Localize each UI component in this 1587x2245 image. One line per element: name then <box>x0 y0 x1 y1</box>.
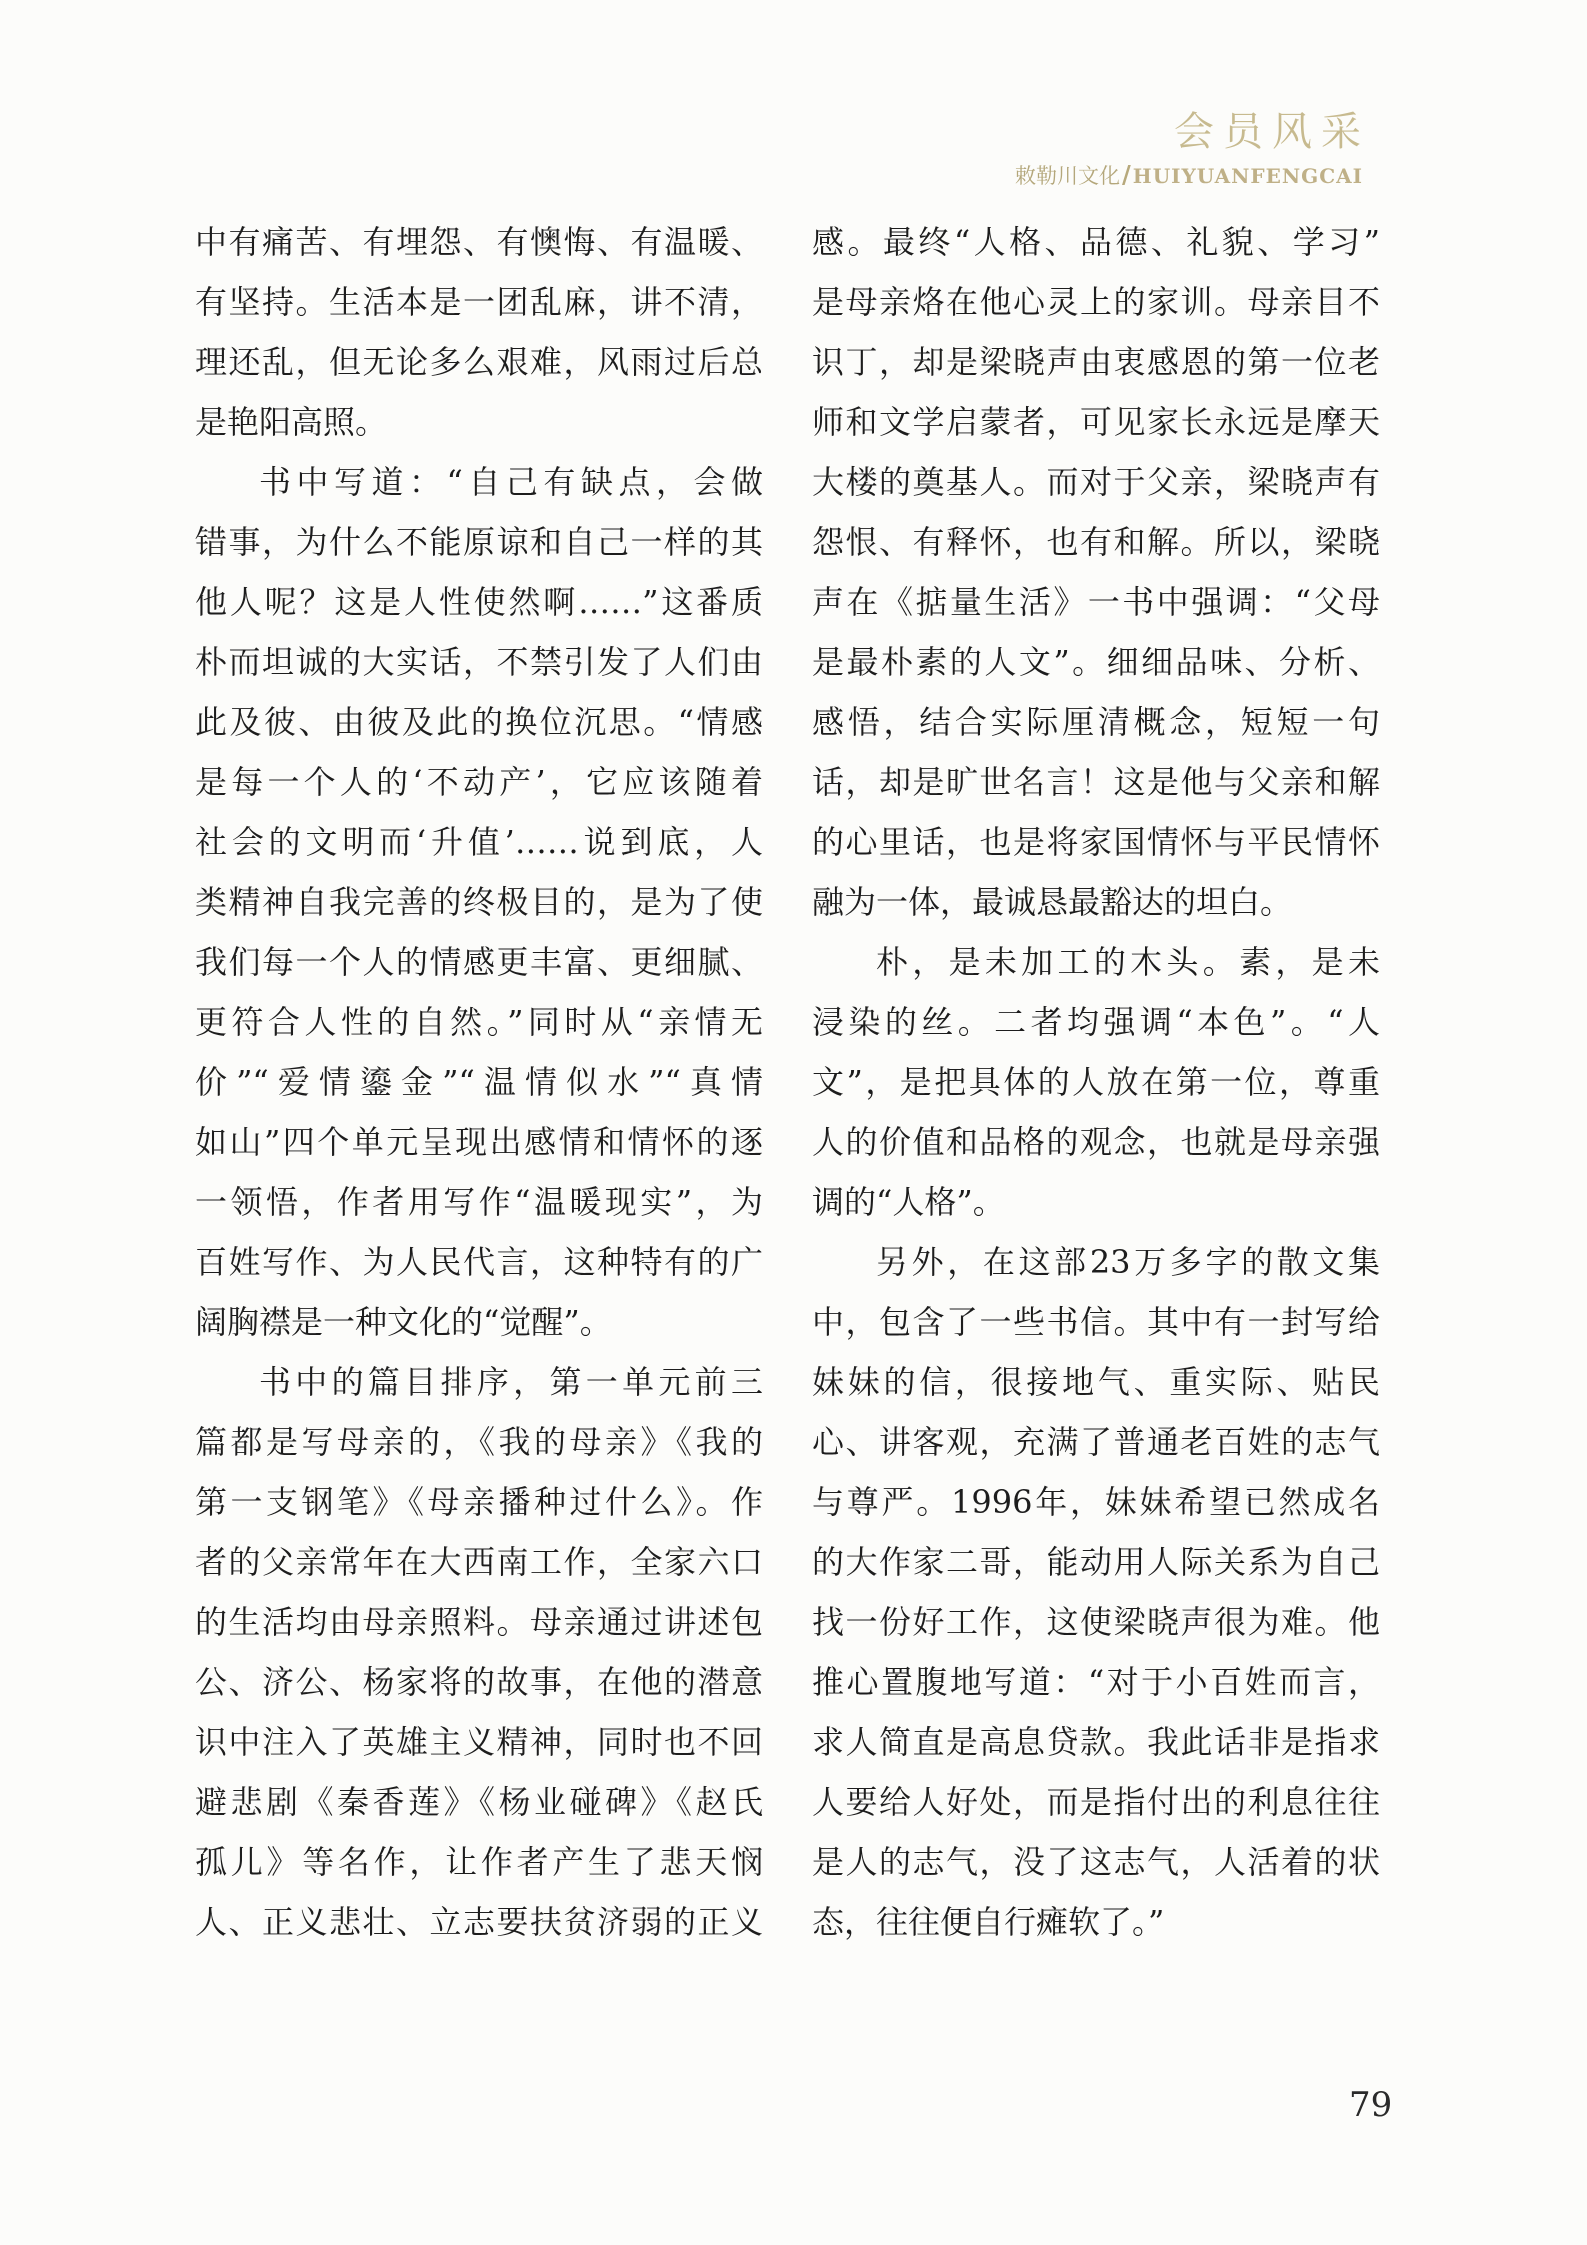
text-line: 中，包含了一些书信。其中有一封写给 <box>812 1292 1380 1352</box>
text-line: 识中注入了英雄主义精神，同时也不回 <box>195 1712 763 1772</box>
text-line: 此及彼、由彼及此的换位沉思。“情感 <box>195 692 763 752</box>
text-line: 人、正义悲壮、立志要扶贫济弱的正义 <box>195 1892 763 1952</box>
text-line: 的生活均由母亲照料。母亲通过讲述包 <box>195 1592 763 1652</box>
text-line: 我们每一个人的情感更丰富、更细腻、 <box>195 932 763 992</box>
text-line: 大楼的奠基人。而对于父亲，梁晓声有 <box>812 452 1380 512</box>
text-line: 的大作家二哥，能动用人际关系为自己 <box>812 1532 1380 1592</box>
text-line: 更符合人性的自然。”同时从“亲情无 <box>195 992 763 1052</box>
text-line: 师和文学启蒙者，可见家长永远是摩天 <box>812 392 1380 452</box>
text-column-left: 中有痛苦、有埋怨、有懊悔、有温暖、有坚持。生活本是一团乱麻，讲不清，理还乱，但无… <box>195 212 763 1952</box>
text-line: 书中写道：“自己有缺点，会做 <box>195 452 763 512</box>
text-line: 第一支钢笔》《母亲播种过什么》。作 <box>195 1472 763 1532</box>
subtitle-slash-divider: / <box>1122 160 1131 189</box>
text-line: 中有痛苦、有埋怨、有懊悔、有温暖、 <box>195 212 763 272</box>
text-line: 识丁，却是梁晓声由衷感恩的第一位老 <box>812 332 1380 392</box>
text-line: 如山”四个单元呈现出感情和情怀的逐 <box>195 1112 763 1172</box>
text-line: 孤儿》等名作，让作者产生了悲天悯 <box>195 1832 763 1892</box>
text-line: 是母亲烙在他心灵上的家训。母亲目不 <box>812 272 1380 332</box>
text-line: 推心置腹地写道：“对于小百姓而言， <box>812 1652 1380 1712</box>
text-line: 话，却是旷世名言！这是他与父亲和解 <box>812 752 1380 812</box>
text-line: 的心里话，也是将家国情怀与平民情怀 <box>812 812 1380 872</box>
text-line: 另外，在这部23万多字的散文集 <box>812 1232 1380 1292</box>
text-line: 书中的篇目排序，第一单元前三 <box>195 1352 763 1412</box>
text-line: 是每一个人的‘不动产’，它应该随着 <box>195 752 763 812</box>
text-line: 感。最终“人格、品德、礼貌、学习” <box>812 212 1380 272</box>
text-line: 文”，是把具体的人放在第一位，尊重 <box>812 1052 1380 1112</box>
text-line: 浸染的丝。二者均强调“本色”。“人 <box>812 992 1380 1052</box>
text-line: 融为一体，最诚恳最豁达的坦白。 <box>812 872 1380 932</box>
subtitle-chinese: 敕勒川文化 <box>1015 164 1120 188</box>
text-line: 错事，为什么不能原谅和自己一样的其 <box>195 512 763 572</box>
section-title: 会员风采 <box>1174 100 1370 157</box>
text-line: 怨恨、有释怀，也有和解。所以，梁晓 <box>812 512 1380 572</box>
text-line: 朴，是未加工的木头。素，是未 <box>812 932 1380 992</box>
text-line: 与尊严。1996年，妹妹希望已然成名 <box>812 1472 1380 1532</box>
text-line: 妹妹的信，很接地气、重实际、贴民 <box>812 1352 1380 1412</box>
text-line: 是最朴素的人文”。细细品味、分析、 <box>812 632 1380 692</box>
text-line: 者的父亲常年在大西南工作，全家六口 <box>195 1532 763 1592</box>
section-subtitle: 敕勒川文化/HUIYUANFENGCAI <box>1015 160 1363 190</box>
text-line: 理还乱，但无论多么艰难，风雨过后总 <box>195 332 763 392</box>
text-line: 人要给人好处，而是指付出的利息往往 <box>812 1772 1380 1832</box>
text-line: 是艳阳高照。 <box>195 392 763 452</box>
subtitle-english: HUIYUANFENGCAI <box>1133 164 1363 188</box>
magazine-page: 会员风采 敕勒川文化/HUIYUANFENGCAI 中有痛苦、有埋怨、有懊悔、有… <box>0 0 1587 2245</box>
text-line: 类精神自我完善的终极目的，是为了使 <box>195 872 763 932</box>
text-line: 心、讲客观，充满了普通老百姓的志气 <box>812 1412 1380 1472</box>
text-line: 人的价值和品格的观念，也就是母亲强 <box>812 1112 1380 1172</box>
text-line: 是人的志气，没了这志气，人活着的状 <box>812 1832 1380 1892</box>
text-line: 百姓写作、为人民代言，这种特有的广 <box>195 1232 763 1292</box>
text-line: 社会的文明而‘升值’……说到底，人 <box>195 812 763 872</box>
text-line: 有坚持。生活本是一团乱麻，讲不清， <box>195 272 763 332</box>
text-line: 调的“人格”。 <box>812 1172 1380 1232</box>
text-line: 他人呢？这是人性使然啊……”这番质 <box>195 572 763 632</box>
page-number: 79 <box>1349 2085 1392 2125</box>
text-line: 朴而坦诚的大实话，不禁引发了人们由 <box>195 632 763 692</box>
text-line: 阔胸襟是一种文化的“觉醒”。 <box>195 1292 763 1352</box>
text-line: 篇都是写母亲的，《我的母亲》《我的 <box>195 1412 763 1472</box>
text-line: 声在《掂量生活》一书中强调：“父母 <box>812 572 1380 632</box>
text-line: 价”“爱情鎏金”“温情似水”“真情 <box>195 1052 763 1112</box>
text-line: 态，往往便自行瘫软了。” <box>812 1892 1380 1952</box>
text-line: 一领悟，作者用写作“温暖现实”，为 <box>195 1172 763 1232</box>
text-line: 感悟，结合实际厘清概念，短短一句 <box>812 692 1380 752</box>
text-line: 找一份好工作，这使梁晓声很为难。他 <box>812 1592 1380 1652</box>
text-line: 避悲剧《秦香莲》《杨业碰碑》《赵氏 <box>195 1772 763 1832</box>
text-line: 求人简直是高息贷款。我此话非是指求 <box>812 1712 1380 1772</box>
text-column-right: 感。最终“人格、品德、礼貌、学习”是母亲烙在他心灵上的家训。母亲目不识丁，却是梁… <box>812 212 1380 1952</box>
text-line: 公、济公、杨家将的故事，在他的潜意 <box>195 1652 763 1712</box>
